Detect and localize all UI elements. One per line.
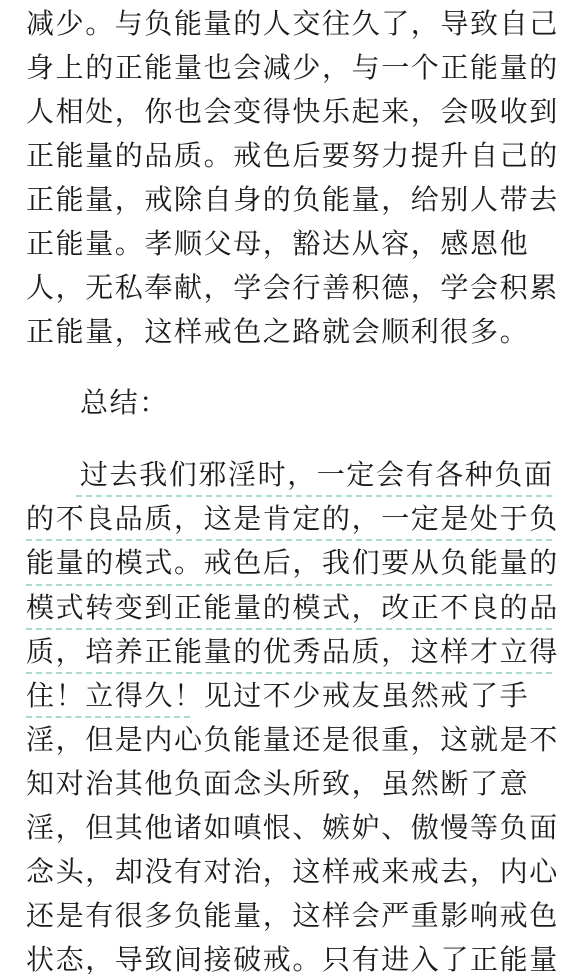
- text-line: 还是有很多负能量，这样会严重影响戒色: [26, 894, 559, 938]
- text-line: 正能量的品质。戒色后要努力提升自己的: [26, 134, 559, 178]
- text-line: 减少。与负能量的人交往久了，导致自己: [26, 2, 559, 46]
- text-line: 人，无私奉献，学会行善积德，学会积累: [26, 266, 559, 310]
- text-line: 知对治其他负面念头所致，虽然断了意: [26, 762, 529, 806]
- text-line: 淫，但是内心负能量还是很重，这就是不: [26, 718, 559, 762]
- text-line: 淫，但其他诸如嗔恨、嫉妒、傲慢等负面: [26, 806, 559, 850]
- text-line: 能量的模式。戒色后，我们要从负能量的: [26, 541, 559, 585]
- text-line: 状态，导致间接破戒。只有进入了正能量: [26, 938, 559, 974]
- text-line: 身上的正能量也会减少，与一个正能量的: [26, 46, 559, 90]
- text-line: 住！立得久！见过不少戒友虽然戒了手: [26, 674, 529, 718]
- text-line: 模式转变到正能量的模式，改正不良的品: [26, 586, 559, 630]
- text-line: 正能量。孝顺父母，豁达从容，感恩他: [26, 222, 529, 266]
- text-line: 正能量，这样戒色之路就会顺利很多。: [26, 310, 529, 354]
- section-heading: 总结：: [80, 381, 169, 425]
- text-line: 正能量，戒除自身的负能量，给别人带去: [26, 178, 559, 222]
- text-line: 人相处，你也会变得快乐起来，会吸收到: [26, 90, 559, 134]
- text-line: 念头，却没有对治，这样戒来戒去，内心: [26, 850, 559, 894]
- text-line: 过去我们邪淫时，一定会有各种负面: [80, 453, 554, 497]
- text-line: 质，培养正能量的优秀品质，这样才立得: [26, 630, 559, 674]
- text-line: 的不良品质，这是肯定的，一定是处于负: [26, 497, 559, 541]
